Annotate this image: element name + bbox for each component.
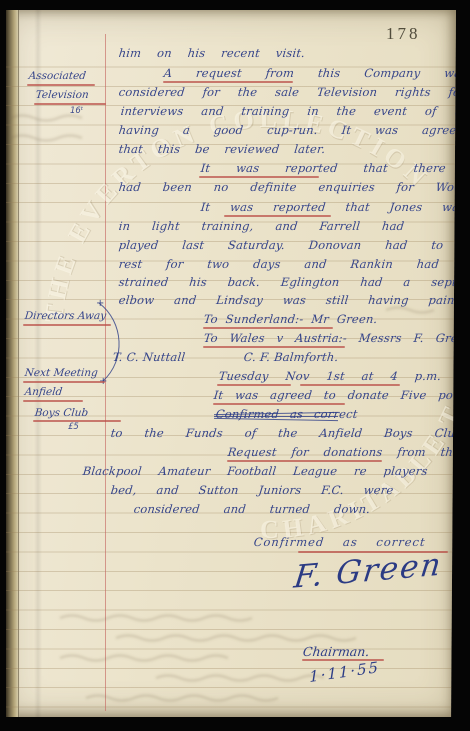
handwritten-line: strained his back. Eglington had a septi… [118, 276, 468, 289]
page-number: 178 [386, 24, 421, 44]
handwritten-line: that this be reviewed later. [118, 143, 326, 156]
margin-note-boys-club: Boys Club [34, 407, 89, 419]
red-underline [203, 346, 345, 348]
handwritten-line: C. F. Balmforth. [243, 351, 339, 364]
red-underline [300, 384, 400, 386]
margin-note-next-meeting: Next Meeting [24, 367, 98, 379]
red-underline [163, 81, 293, 83]
margin-note-anfield: Anfield [24, 386, 63, 398]
handwritten-line: having a good cup-run. It was agreed [118, 124, 465, 137]
red-margin-line [105, 34, 106, 711]
minute-book-scan: THE EVERTON COLLECTION THE EVERTON COLLE… [0, 0, 470, 731]
handwritten-line: Tuesday Nov 1st at 4 p.m. [218, 370, 442, 383]
strikethrough-line [214, 416, 338, 417]
handwritten-line: A request from this Company was [163, 67, 468, 80]
handwritten-line: It was agreed to donate Five pounds [213, 389, 470, 402]
red-underline [34, 103, 106, 105]
red-underline [23, 400, 83, 402]
insertion-mark-top: + [96, 298, 104, 309]
margin-note-associated: Associated [28, 70, 87, 82]
red-underline [217, 384, 291, 386]
handwritten-line: him on his recent visit. [118, 47, 306, 60]
handwritten-line: T. C. Nuttall [112, 351, 186, 364]
handwritten-line: played last Saturday. Donovan had to [118, 239, 444, 252]
handwritten-line: To Wales v Austria:- Messrs F. Green [203, 332, 470, 345]
handwritten-line: Blackpool Amateur Football League re pla… [82, 465, 428, 478]
confirmation-text: Confirmed as correct [253, 536, 426, 549]
handwritten-line: elbow and Lindsay was still having pain. [118, 294, 459, 307]
handwritten-line: bed, and Sutton Juniors F.C. were [110, 484, 394, 497]
chairman-label: Chairman. [302, 644, 370, 659]
red-underline [23, 324, 111, 326]
handwritten-line: considered for the sale Television right… [118, 86, 467, 99]
red-underline [213, 403, 345, 405]
paper-page: THE EVERTON COLLECTION THE EVERTON COLLE… [6, 10, 456, 717]
handwritten-line: interviews and training in the event of … [120, 105, 469, 118]
handwritten-line: to the Funds of the Anfield Boys Club [110, 427, 463, 440]
handwritten-line: considered and turned down. [133, 503, 371, 516]
handwritten-line: Request for donations from the [227, 446, 461, 459]
red-underline [227, 460, 382, 462]
margin-note-directors-away: Directors Away [24, 310, 107, 322]
red-underline [23, 381, 105, 383]
handwritten-line: rest for two days and Rankin had [118, 258, 440, 271]
handwritten-line: in light training, and Farrell had [118, 220, 405, 233]
handwritten-line: To Sunderland:- Mr Green. [203, 313, 378, 326]
margin-note-amount: £5 [68, 422, 79, 432]
red-underline [27, 84, 95, 86]
handwritten-line: It was reported that Jones was [200, 201, 466, 214]
red-underline [203, 327, 333, 329]
margin-ref-number: 16ᵗ [70, 106, 83, 116]
handwritten-line: had been no definite enquiries for Wood. [118, 181, 470, 194]
red-underline [33, 420, 121, 422]
red-underline [199, 176, 319, 178]
handwritten-line: It was reported that there [200, 162, 446, 175]
margin-note-television: Television [35, 89, 89, 101]
red-underline [224, 215, 331, 217]
